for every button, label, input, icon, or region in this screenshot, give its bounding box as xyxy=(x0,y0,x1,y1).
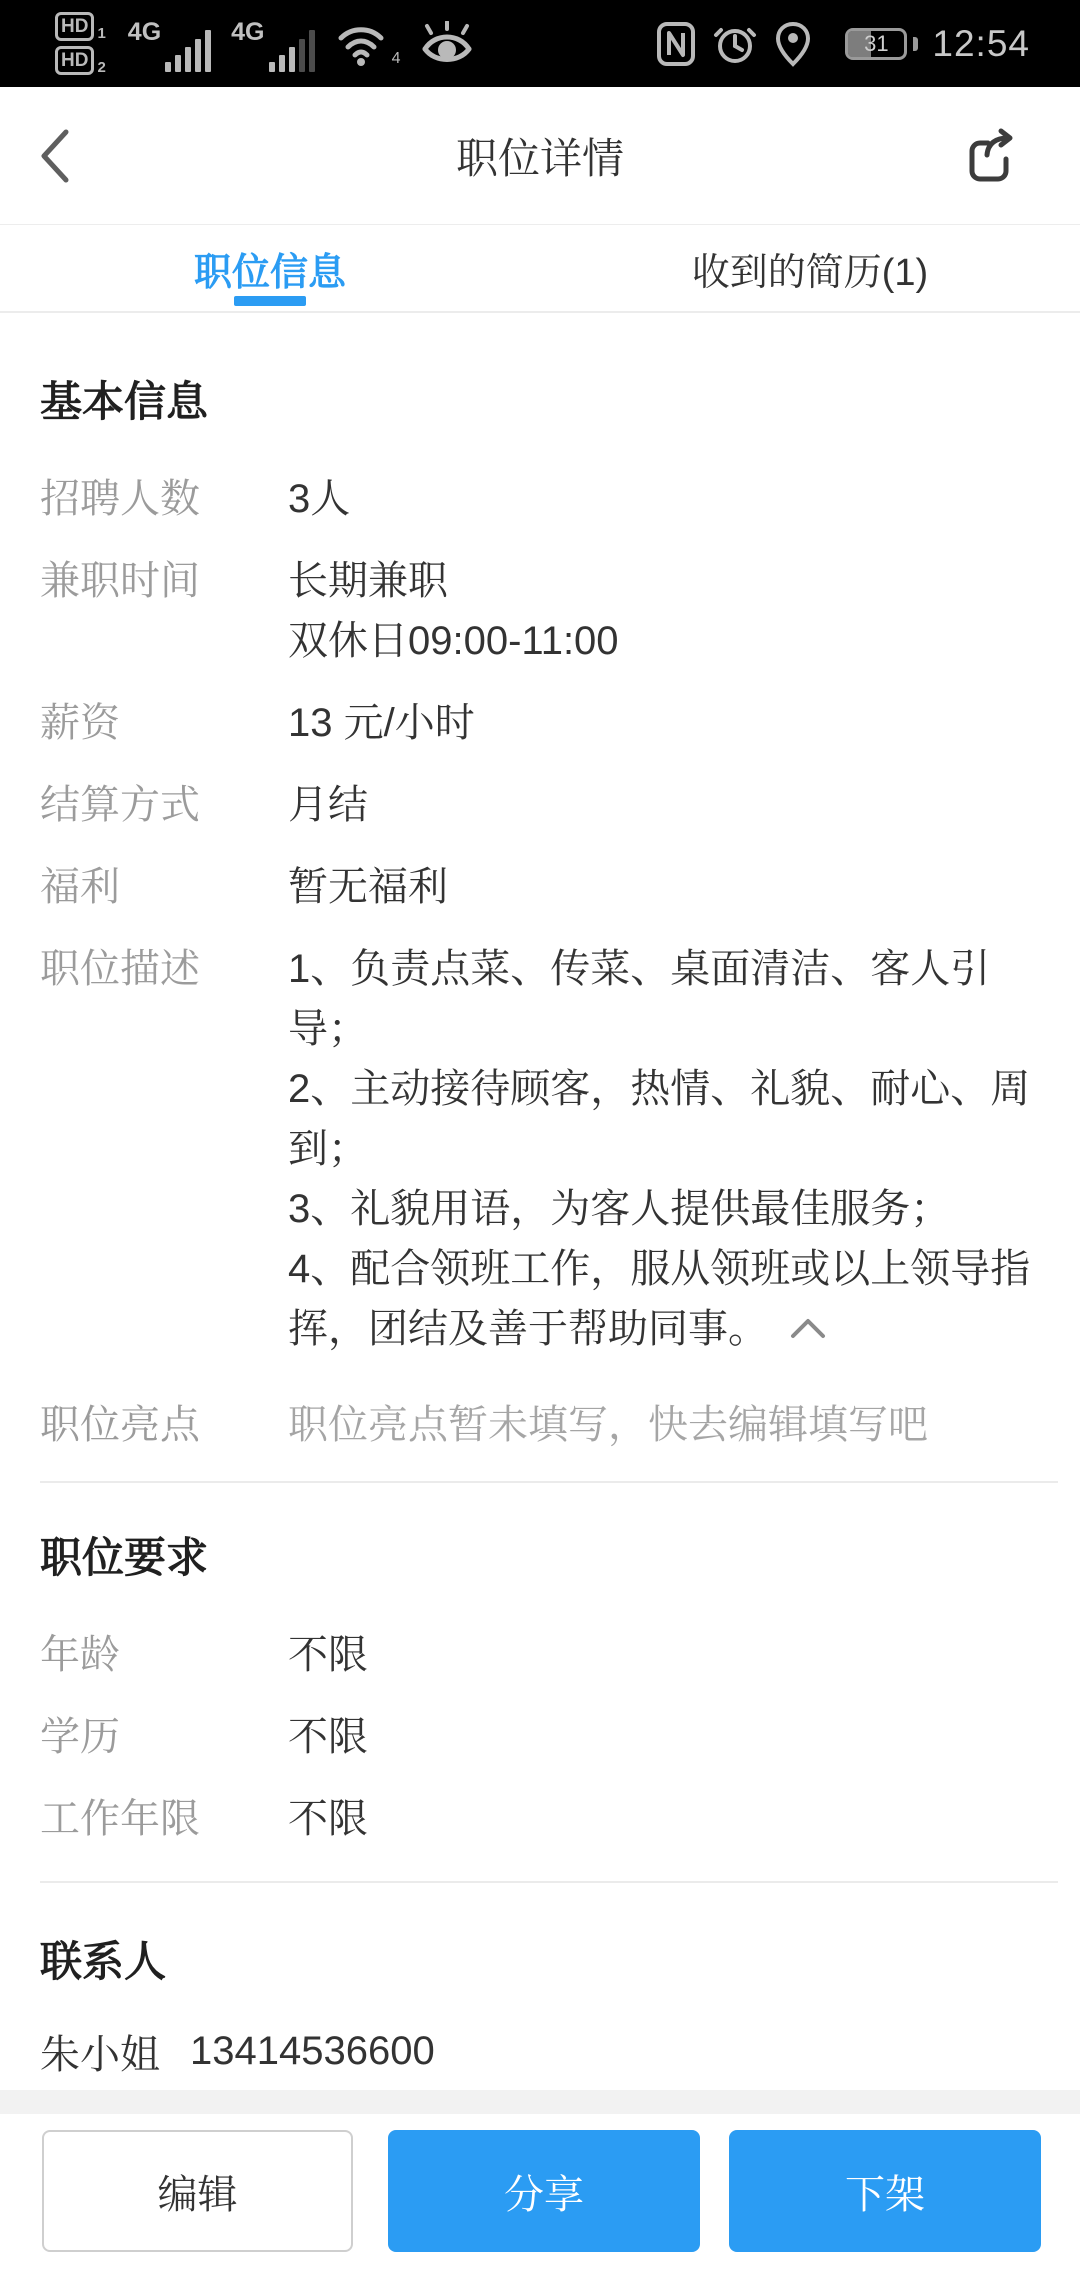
section-title-basic-info: 基本信息 xyxy=(40,369,1058,429)
signal-sim1: 4G xyxy=(128,16,211,72)
share-icon xyxy=(960,125,1022,187)
description-item-3: 3、礼貌用语，为客人提供最佳服务； xyxy=(288,1179,1058,1239)
row-value: 不限 xyxy=(288,1789,1058,1849)
wifi-generation-label: 4 xyxy=(392,50,401,68)
contact-phone: 13414536600 xyxy=(190,2029,435,2074)
hd-voLTE-badges: HD 1 HD 2 xyxy=(55,12,106,75)
share-job-button[interactable]: 分享 xyxy=(388,2130,700,2252)
row-label: 结算方式 xyxy=(40,775,288,835)
info-row-work-time: 兼职时间 长期兼职 双休日09:00-11:00 xyxy=(40,551,1058,671)
sim2-number: 2 xyxy=(97,60,105,75)
description-item-1: 1、负责点菜、传菜、桌面清洁、客人引导； xyxy=(288,939,1058,1059)
hd-sim1-badge: HD 1 xyxy=(55,12,106,41)
row-label: 职位描述 xyxy=(40,939,288,1359)
status-bar: HD 1 HD 2 4G 4G xyxy=(0,0,1080,87)
status-left-icons: HD 1 HD 2 4G 4G xyxy=(55,12,493,75)
nfc-icon xyxy=(657,22,695,66)
network-type-label: 4G xyxy=(231,20,264,45)
active-tab-indicator xyxy=(234,296,306,306)
footer-divider-strip xyxy=(0,2090,1080,2114)
status-time: 12:54 xyxy=(932,23,1030,65)
row-label: 薪资 xyxy=(40,693,288,753)
info-row-experience: 工作年限 不限 xyxy=(40,1789,1058,1849)
tab-received-resumes-label: 收到的简历(1) xyxy=(692,241,928,296)
hd-icon: HD xyxy=(55,46,94,75)
description-item-4: 4、配合领班工作，服从领班或以上领导指挥，团结及善于帮助同事。 xyxy=(288,1239,1058,1359)
location-icon xyxy=(775,21,811,67)
info-row-description: 职位描述 1、负责点菜、传菜、桌面清洁、客人引导； 2、主动接待顾客，热情、礼貌… xyxy=(40,939,1058,1359)
info-row-education: 学历 不限 xyxy=(40,1707,1058,1767)
row-value: 长期兼职 双休日09:00-11:00 xyxy=(288,551,1058,671)
job-description: 1、负责点菜、传菜、桌面清洁、客人引导； 2、主动接待顾客，热情、礼貌、耐心、周… xyxy=(288,939,1058,1359)
edit-button[interactable]: 编辑 xyxy=(42,2130,353,2252)
info-row-salary: 薪资 13 元/小时 xyxy=(40,693,1058,753)
alarm-icon xyxy=(713,22,757,66)
description-item-4-text: 4、配合领班工作，服从领班或以上领导指挥，团结及善于帮助同事。 xyxy=(288,1247,1030,1351)
row-value: 3人 xyxy=(288,469,1058,529)
row-value: 月结 xyxy=(288,775,1058,835)
collapse-description-chevron-icon[interactable] xyxy=(790,1317,826,1339)
tab-job-info[interactable]: 职位信息 xyxy=(0,225,540,311)
tab-received-resumes[interactable]: 收到的简历(1) xyxy=(540,225,1080,311)
row-value: 暂无福利 xyxy=(288,857,1058,917)
info-row-benefits: 福利 暂无福利 xyxy=(40,857,1058,917)
page-title: 职位详情 xyxy=(0,126,1080,186)
section-divider xyxy=(40,1481,1058,1483)
eye-comfort-icon xyxy=(419,21,475,67)
app-header: 职位详情 xyxy=(0,87,1080,225)
tab-job-info-label: 职位信息 xyxy=(194,241,346,296)
row-label: 职位亮点 xyxy=(40,1395,288,1455)
hd-icon: HD xyxy=(55,12,94,41)
work-time-line-1: 长期兼职 xyxy=(288,551,1058,611)
info-row-headcount: 招聘人数 3人 xyxy=(40,469,1058,529)
row-label: 工作年限 xyxy=(40,1789,288,1849)
signal-bars-icon xyxy=(269,26,315,72)
contact-row: 朱小姐 13414536600 xyxy=(40,2023,1058,2080)
status-right-icons: 31 12:54 xyxy=(657,21,1030,67)
section-divider xyxy=(40,1881,1058,1883)
back-button[interactable] xyxy=(38,127,94,185)
info-row-settlement: 结算方式 月结 xyxy=(40,775,1058,835)
battery-cap xyxy=(913,37,918,51)
row-label: 年龄 xyxy=(40,1625,288,1685)
row-label: 福利 xyxy=(40,857,288,917)
row-value: 13 元/小时 xyxy=(288,693,1058,753)
bottom-action-bar: 编辑 分享 下架 xyxy=(0,2114,1080,2280)
signal-bars-icon xyxy=(165,26,211,72)
row-value: 不限 xyxy=(288,1707,1058,1767)
row-label: 招聘人数 xyxy=(40,469,288,529)
battery-icon: 31 xyxy=(845,28,907,60)
battery-percent: 31 xyxy=(864,33,888,55)
info-row-highlight: 职位亮点 职位亮点暂未填写，快去编辑填写吧 xyxy=(40,1395,1058,1455)
tab-bar: 职位信息 收到的简历(1) xyxy=(0,225,1080,313)
network-type-label: 4G xyxy=(128,20,161,45)
job-detail-content: 基本信息 招聘人数 3人 兼职时间 长期兼职 双休日09:00-11:00 薪资… xyxy=(0,369,1080,2080)
section-title-requirements: 职位要求 xyxy=(40,1525,1058,1585)
contact-name: 朱小姐 xyxy=(40,2023,160,2080)
row-label: 兼职时间 xyxy=(40,551,288,671)
sim1-number: 1 xyxy=(97,26,105,41)
wifi-icon: 4 xyxy=(335,22,387,66)
hd-sim2-badge: HD 2 xyxy=(55,46,106,75)
row-label: 学历 xyxy=(40,1707,288,1767)
row-value: 不限 xyxy=(288,1625,1058,1685)
section-title-contact: 联系人 xyxy=(40,1929,1058,1989)
description-item-2: 2、主动接待顾客，热情、礼貌、耐心、周到； xyxy=(288,1059,1058,1179)
info-row-age: 年龄 不限 xyxy=(40,1625,1058,1685)
unlist-button[interactable]: 下架 xyxy=(729,2130,1041,2252)
back-chevron-icon xyxy=(38,127,72,185)
highlight-placeholder: 职位亮点暂未填写，快去编辑填写吧 xyxy=(288,1395,1058,1455)
work-time-line-2: 双休日09:00-11:00 xyxy=(288,611,1058,671)
signal-sim2: 4G xyxy=(231,16,314,72)
share-button[interactable] xyxy=(960,125,1022,187)
